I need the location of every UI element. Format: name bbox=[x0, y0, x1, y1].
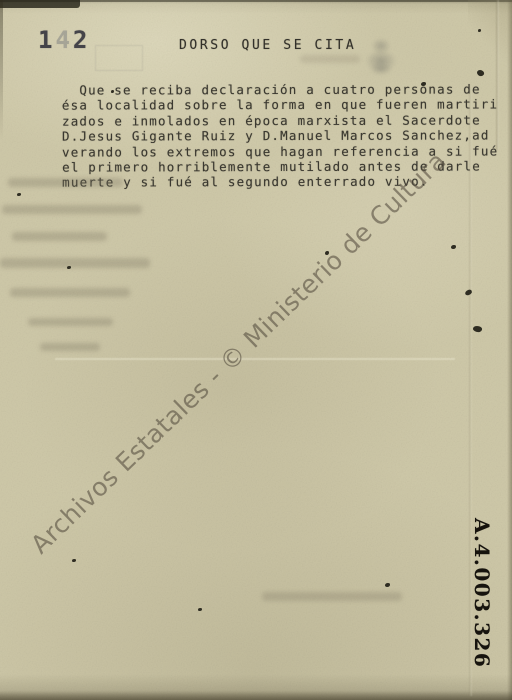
folio-digit: 1 bbox=[38, 26, 55, 54]
ink-speck bbox=[72, 559, 76, 562]
paper-scratch bbox=[55, 358, 455, 360]
ink-speck bbox=[472, 325, 482, 333]
faint-emblem-stamp bbox=[360, 46, 402, 76]
bleed-through-smudge bbox=[262, 592, 402, 601]
ink-speck bbox=[385, 583, 390, 587]
faint-stamp-outline bbox=[95, 45, 143, 71]
left-edge-shadow bbox=[0, 0, 3, 140]
folio-number-stamp: 142 bbox=[38, 26, 90, 54]
ink-speck bbox=[451, 245, 456, 249]
corner-fold-shading bbox=[468, 0, 512, 64]
document-title: DORSO QUE SE CITA bbox=[179, 38, 356, 53]
faint-emblem-stamp bbox=[366, 60, 396, 78]
bleed-through-smudge bbox=[40, 343, 100, 351]
bleed-through-smudge bbox=[28, 318, 113, 326]
folio-digit-faded: 4 bbox=[55, 26, 72, 54]
bleed-through-smudge bbox=[0, 258, 150, 268]
bleed-through-smudge bbox=[10, 288, 130, 297]
folio-digit: 2 bbox=[73, 26, 90, 54]
bottom-edge-shadow bbox=[0, 690, 512, 700]
ink-speck bbox=[476, 68, 485, 77]
archive-reference-number: A.4.003.326 bbox=[470, 518, 494, 678]
bleed-through-smudge bbox=[2, 205, 142, 214]
ink-speck bbox=[17, 193, 21, 196]
copyright-watermark: Archivos Estatales - © Ministerio de Cul… bbox=[25, 146, 452, 560]
scanned-archive-document: 142 DORSO QUE SE CITA Que se reciba decl… bbox=[0, 0, 512, 700]
bleed-through-smudge bbox=[300, 55, 360, 63]
bleed-through-smudge bbox=[12, 232, 107, 241]
ink-speck bbox=[67, 266, 71, 269]
ink-speck bbox=[198, 608, 202, 611]
faint-emblem-stamp bbox=[368, 35, 394, 57]
top-edge-shadow bbox=[0, 0, 512, 2]
